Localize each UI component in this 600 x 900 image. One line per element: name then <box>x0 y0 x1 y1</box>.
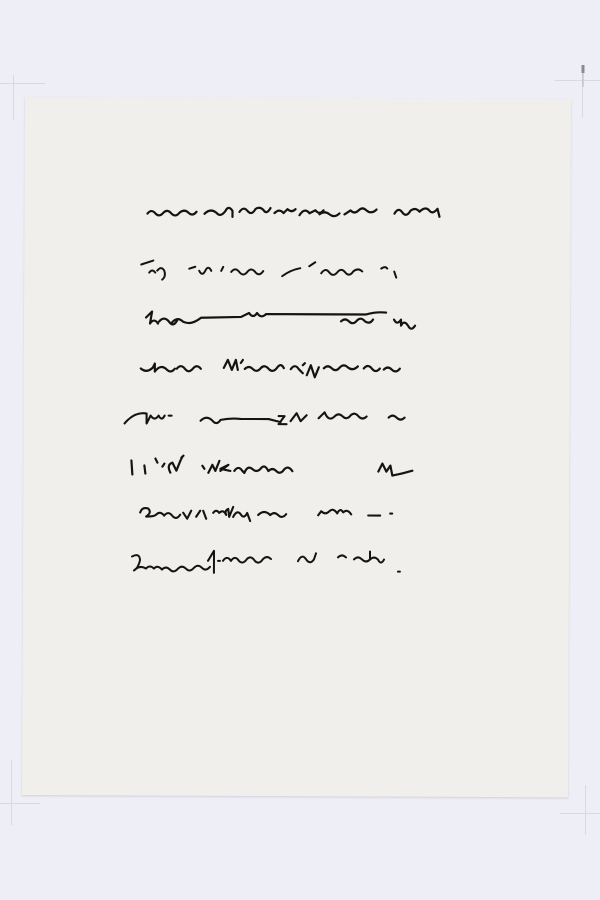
writing-line-6 <box>131 455 412 475</box>
writing-line-3 <box>146 311 415 328</box>
crop-mark-bottom-right-v <box>585 785 586 835</box>
pushpin-icon <box>580 65 586 87</box>
paper-sheet <box>22 97 571 797</box>
writing-line-1 <box>147 207 439 218</box>
writing-line-7 <box>140 507 392 522</box>
crop-mark-bottom-right-h <box>560 813 600 814</box>
crop-mark-top-left-v <box>13 75 14 120</box>
crop-mark-top-left-h <box>0 83 45 84</box>
writing-line-2 <box>141 261 396 281</box>
crop-mark-top-right-h <box>555 80 600 81</box>
writing-line-8 <box>132 550 400 573</box>
crop-mark-bottom-left-h <box>0 803 40 804</box>
asemic-writing <box>22 97 571 797</box>
writing-line-4 <box>141 360 400 378</box>
crop-mark-bottom-left-v <box>11 760 12 825</box>
writing-line-5 <box>125 411 405 424</box>
